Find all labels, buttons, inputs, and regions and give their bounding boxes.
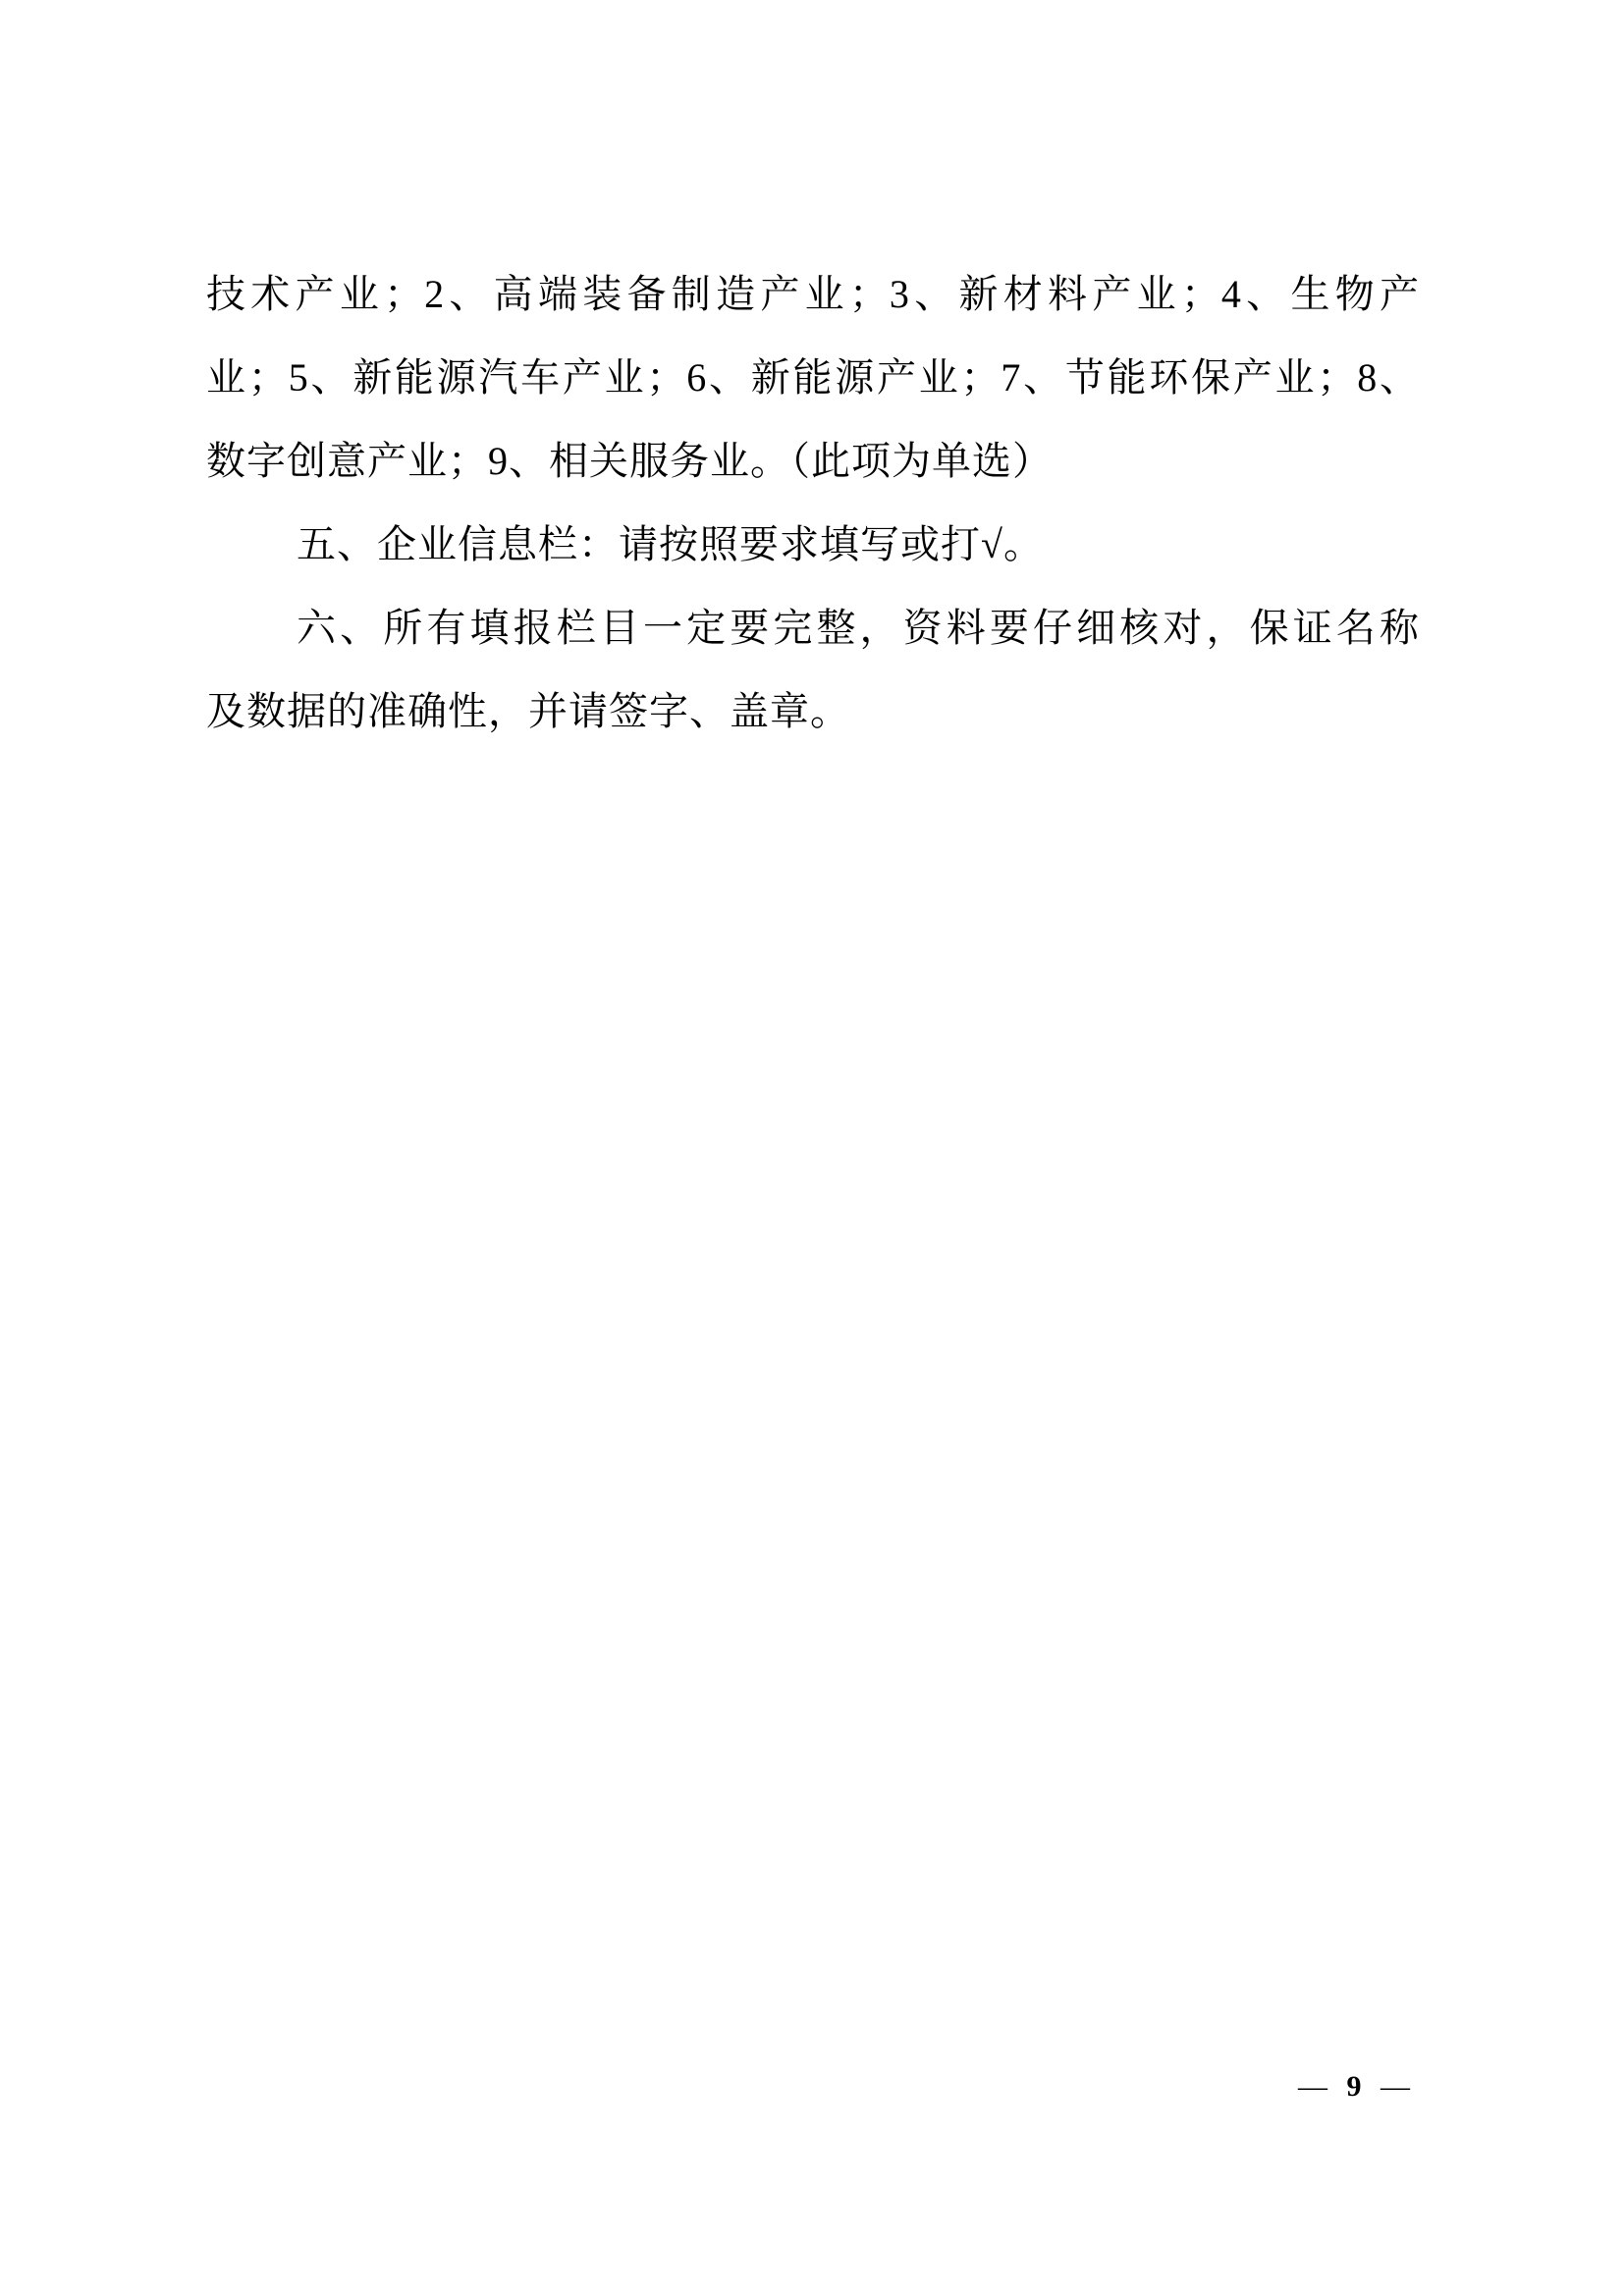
document-page: 技术产业；2、高端装备制造产业；3、新材料产业；4、生物产 业；5、新能源汽车产… (0, 0, 1624, 2296)
body-line-2: 业；5、新能源汽车产业；6、新能源产业；7、节能环保产业；8、 (206, 336, 1420, 419)
body-line-3: 数字创意产业；9、相关服务业。（此项为单选） (206, 419, 1420, 503)
body-text: 技术产业；2、高端装备制造产业；3、新材料产业；4、生物产 业；5、新能源汽车产… (206, 252, 1420, 753)
page-number-dash-left: — (1298, 2070, 1327, 2103)
body-line-5: 六、所有填报栏目一定要完整，资料要仔细核对，保证名称 (206, 586, 1420, 669)
body-line-6: 及数据的准确性，并请签字、盖章。 (206, 669, 1420, 753)
page-number-value: 9 (1347, 2070, 1362, 2103)
body-line-1: 技术产业；2、高端装备制造产业；3、新材料产业；4、生物产 (206, 252, 1420, 336)
page-number-dash-right: — (1380, 2070, 1410, 2103)
body-line-4: 五、企业信息栏：请按照要求填写或打√。 (206, 503, 1420, 586)
page-number: — 9 — (1292, 2067, 1416, 2107)
